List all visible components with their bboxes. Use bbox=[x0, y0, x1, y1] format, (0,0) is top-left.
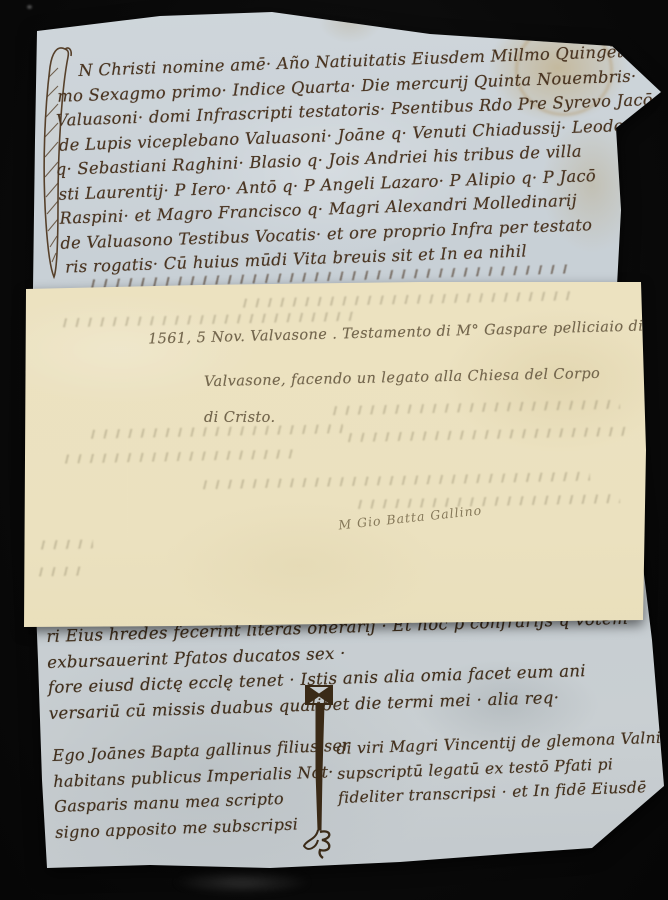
bleed-through-writing bbox=[62, 449, 297, 463]
bleed-through-writing bbox=[345, 427, 630, 442]
bleed-through-writing bbox=[36, 566, 84, 576]
photograph-of-manuscript: N Christi nomine amē· Año Natiuitatis Ei… bbox=[0, 0, 668, 900]
bleed-through-writing bbox=[60, 312, 360, 328]
archival-note-line: Valvasone, facendo un legato alla Chiesa… bbox=[204, 366, 600, 390]
bleed-through-writing bbox=[88, 424, 343, 439]
bleed-through-writing bbox=[38, 539, 93, 549]
archival-slip: 1561, 5 Nov. Valvasone . Testamento di M… bbox=[0, 0, 668, 900]
bleed-through-writing bbox=[330, 400, 620, 416]
bleed-through-writing bbox=[355, 494, 620, 509]
archival-slip-wrap: 1561, 5 Nov. Valvasone . Testamento di M… bbox=[0, 0, 668, 900]
archival-note-line: di Cristo. bbox=[204, 410, 276, 426]
bleed-through-writing bbox=[240, 291, 570, 307]
bleed-through-writing bbox=[200, 472, 590, 490]
